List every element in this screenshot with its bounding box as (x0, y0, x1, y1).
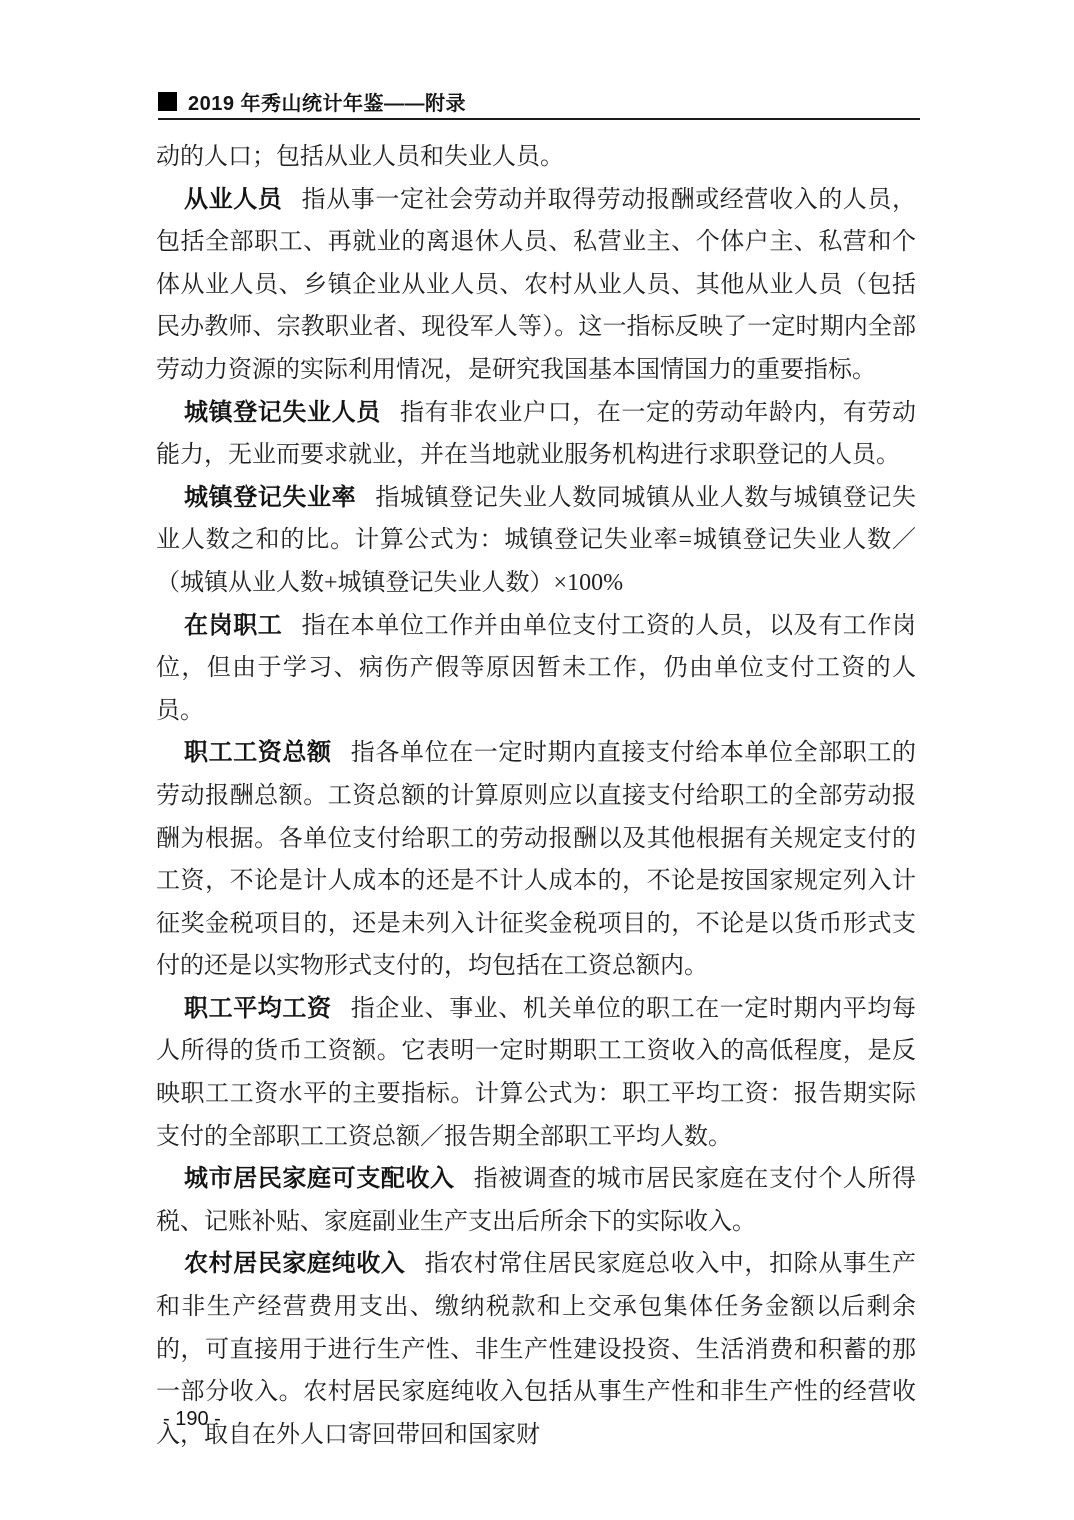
definition-paragraph: 职工工资总额指各单位在一定时期内直接支付给本单位全部职工的劳动报酬总额。工资总额… (156, 732, 916, 988)
definition-text: 动的人口；包括从业人员和失业人员。 (156, 144, 564, 170)
yearbook-header-title: 2019 年秀山统计年鉴——附录 (188, 87, 466, 116)
term-label: 在岗职工 (184, 612, 282, 639)
page-number: - 190 - (163, 1408, 221, 1431)
definition-paragraph: 城镇登记失业人员指有非农业户口，在一定的劳动年龄内，有劳动能力，无业而要求就业，… (156, 392, 916, 477)
black-square-icon (158, 92, 177, 111)
definition-paragraph: 城市居民家庭可支配收入指被调查的城市居民家庭在支付个人所得税、记账补贴、家庭副业… (156, 1158, 916, 1243)
definition-paragraph: 农村居民家庭纯收入指农村常住居民家庭总收入中，扣除从事生产和非生产经营费用支出、… (156, 1243, 916, 1456)
definition-paragraph: 从业人员指从事一定社会劳动并取得劳动报酬或经营收入的人员，包括全部职工、再就业的… (156, 179, 916, 392)
definition-paragraph: 在岗职工指在本单位工作并由单位支付工资的人员，以及有工作岗位，但由于学习、病伤产… (156, 605, 916, 733)
term-label: 从业人员 (184, 186, 282, 213)
definition-paragraph: 城镇登记失业率指城镇登记失业人数同城镇从业人数与城镇登记失业人数之和的比。计算公… (156, 477, 916, 605)
term-label: 职工平均工资 (184, 995, 332, 1022)
term-label: 职工工资总额 (184, 739, 332, 766)
term-label: 城镇登记失业率 (184, 484, 356, 511)
definition-text: 指从事一定社会劳动并取得劳动报酬或经营收入的人员，包括全部职工、再就业的离退休人… (156, 187, 916, 383)
definition-text: 指各单位在一定时期内直接支付给本单位全部职工的劳动报酬总额。工资总额的计算原则应… (156, 740, 916, 979)
term-label: 农村居民家庭纯收入 (184, 1250, 405, 1277)
page-header: 2019 年秀山统计年鉴——附录 (158, 87, 920, 116)
header-divider (158, 118, 920, 120)
definition-text: 指农村常住居民家庭总收入中，扣除从事生产和非生产经营费用支出、缴纳税款和上交承包… (156, 1251, 916, 1447)
definition-paragraph: 职工平均工资指企业、事业、机关单位的职工在一定时期内平均每人所得的货币工资额。它… (156, 988, 916, 1158)
term-label: 城镇登记失业人员 (184, 399, 381, 426)
document-body: 动的人口；包括从业人员和失业人员。 从业人员指从事一定社会劳动并取得劳动报酬或经… (156, 136, 916, 1456)
term-label: 城市居民家庭可支配收入 (184, 1165, 455, 1192)
continuation-paragraph: 动的人口；包括从业人员和失业人员。 (156, 136, 916, 179)
